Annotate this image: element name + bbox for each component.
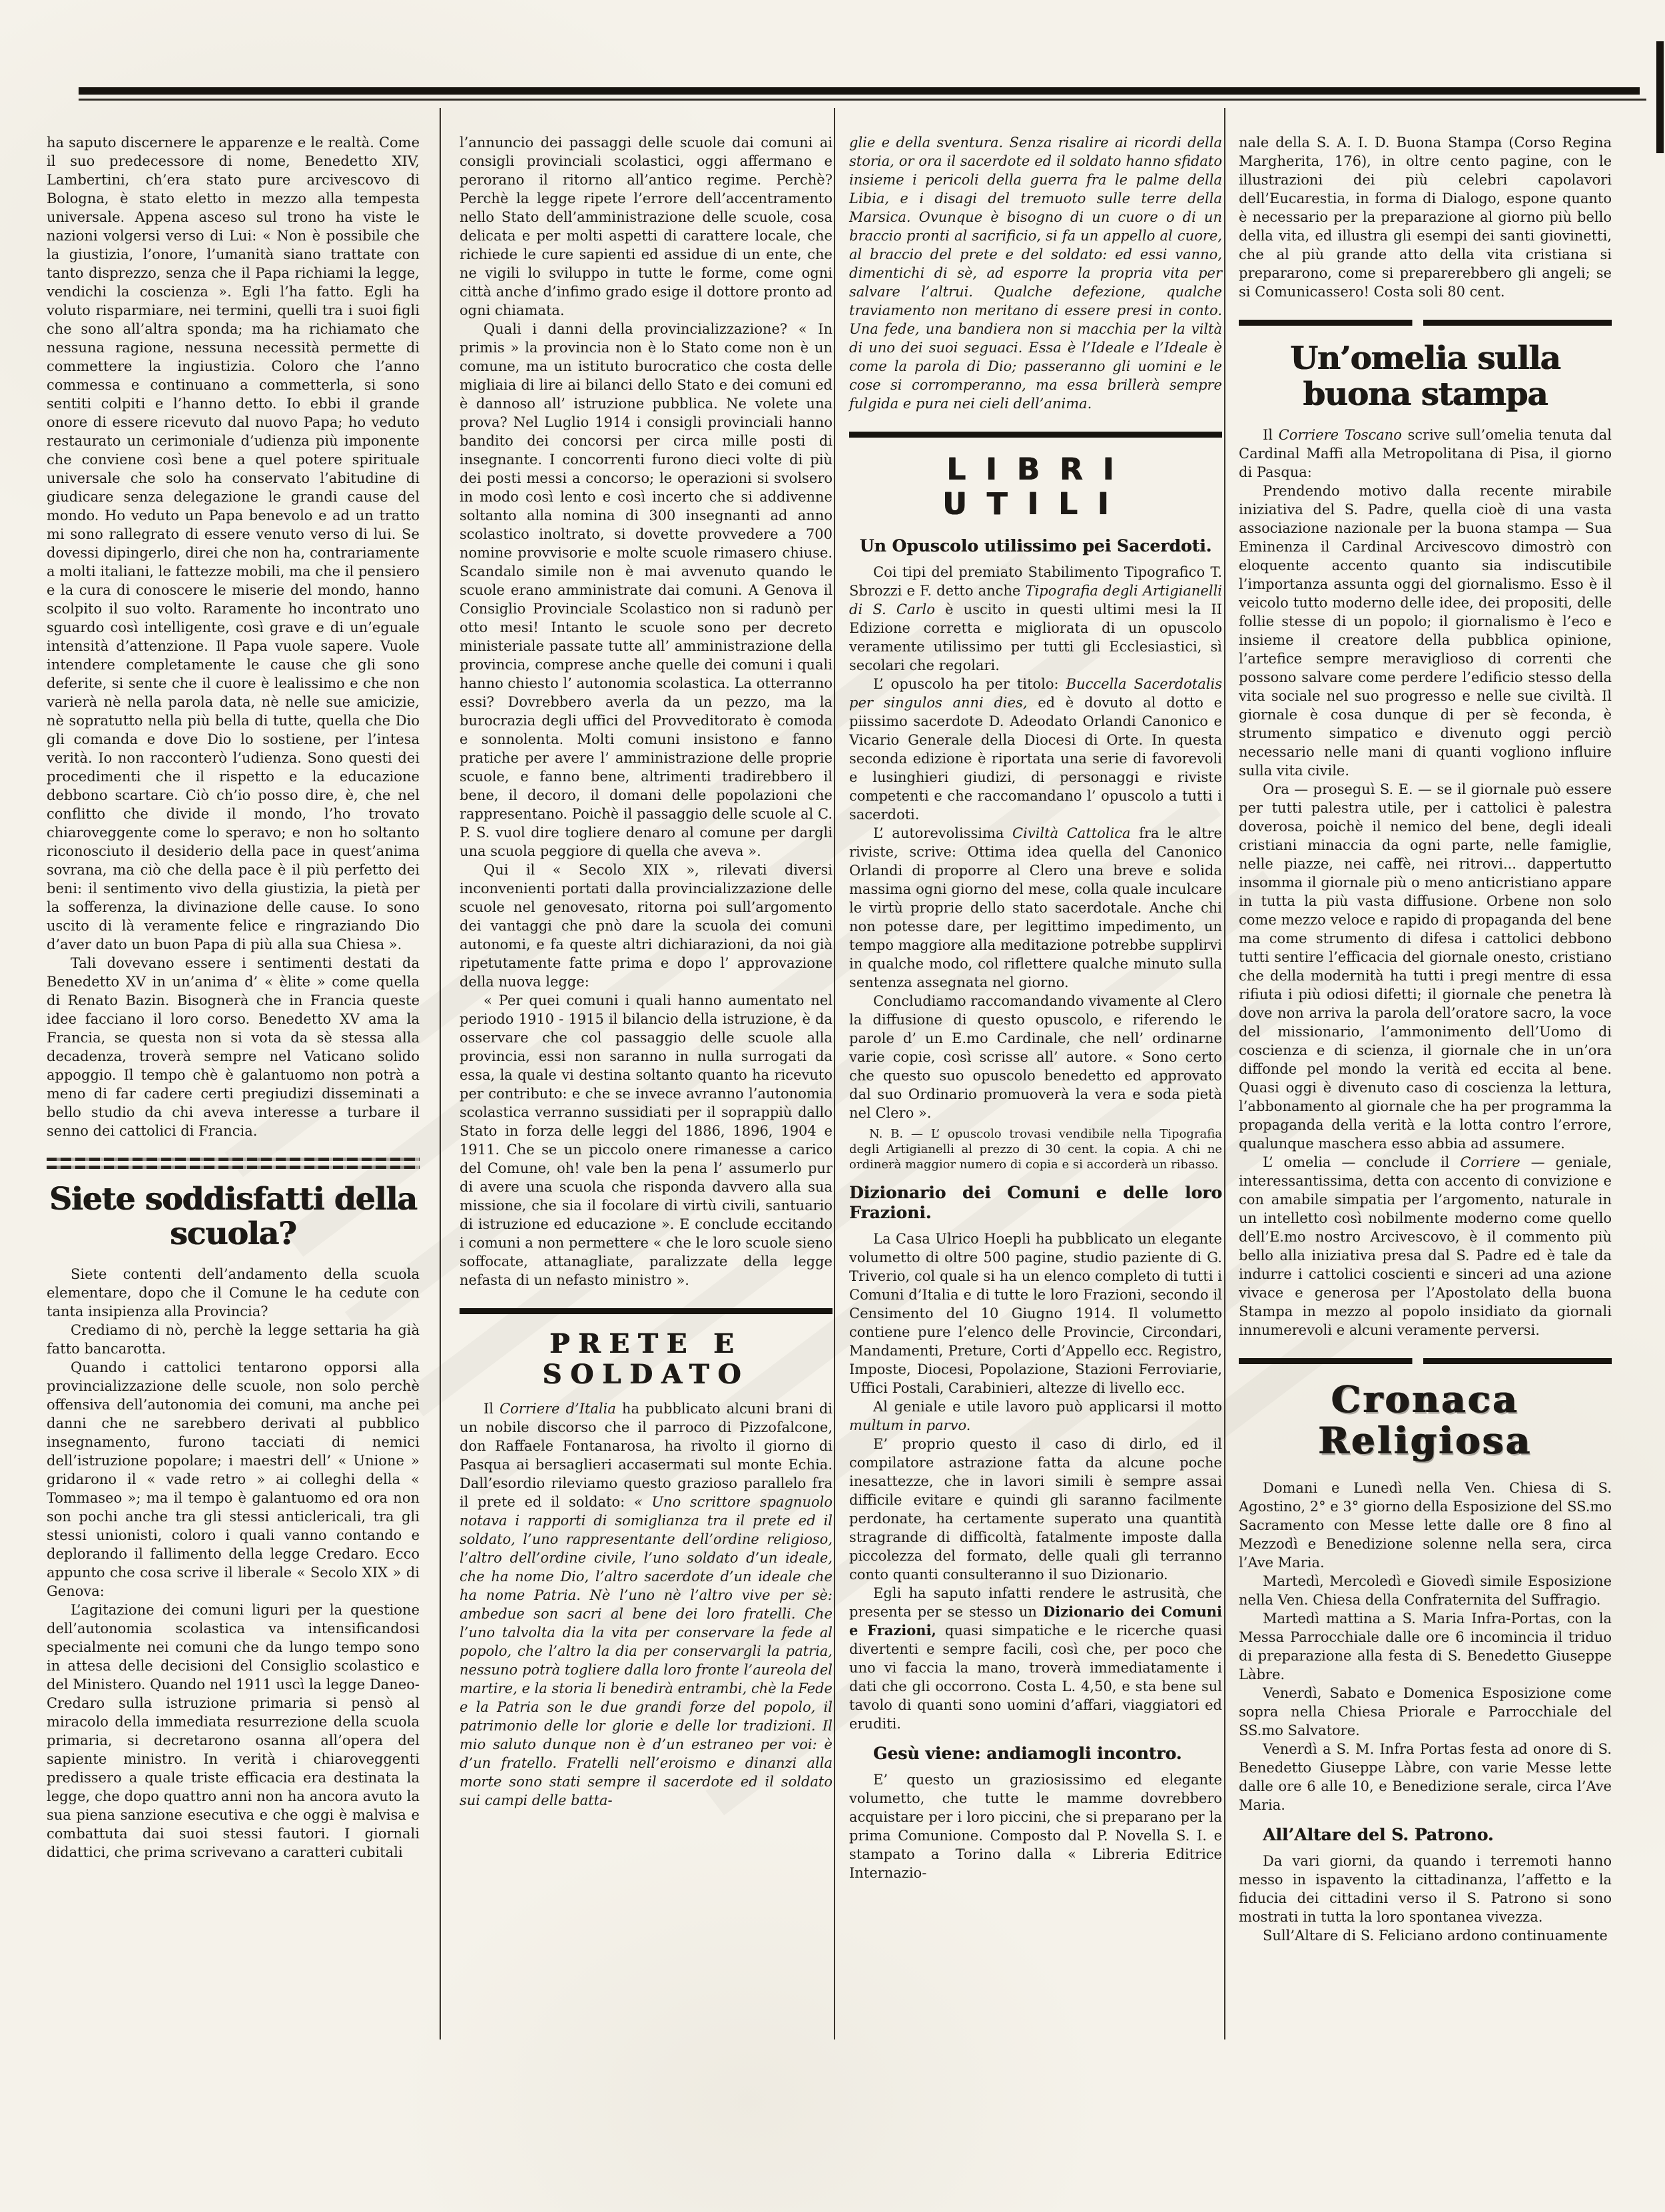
corriere-title: Corriere [1460, 1154, 1520, 1170]
text-segment: Al geniale e utile lavoro può applicarsi… [873, 1399, 1222, 1415]
scuola-paragraph: Crediamo di nò, perchè la legge settaria… [47, 1321, 420, 1358]
column-divider-3 [1224, 108, 1225, 2039]
scuola-quote-paragraph: L’agitazione dei comuni liguri per la qu… [47, 1601, 420, 1862]
sermon-quote-continuation: glie e della sventura. Senza risalire ai… [849, 133, 1222, 413]
compilatore-paragraph: E’ proprio questo il caso di dirlo, ed i… [849, 1435, 1222, 1584]
newspaper-column-4: nale della S. A. I. D. Buona Stampa (Cor… [1239, 133, 1612, 1945]
cronaca-item: Venerdì, Sabato e Domenica Esposizione c… [1239, 1684, 1612, 1740]
section-rule [1239, 1358, 1612, 1364]
conclusion-paragraph: Concludiamo raccomandando vivamente al C… [849, 992, 1222, 1122]
headline-omelia-buona-stampa: Un’omelia sulla buona stampa [1239, 340, 1612, 412]
corriere-toscano-title: Corriere Toscano [1279, 427, 1402, 443]
text-segment: L’ opuscolo ha per titolo: [873, 676, 1066, 692]
hoepli-paragraph: La Casa Ulrico Hoepli ha pubblicato un e… [849, 1230, 1222, 1397]
omelia-conclusion-paragraph: L’ omelia — conclude il Corriere — genia… [1239, 1153, 1612, 1339]
civilta-cattolica-paragraph: L’ autorevolissima Civiltà Cattolica fra… [849, 824, 1222, 992]
cronaca-item: Venerdì a S. M. Infra Portas festa ad on… [1239, 1740, 1612, 1814]
subhead-opuscolo: Un Opuscolo utilissimo pei Sacerdoti. [849, 536, 1222, 556]
cronaca-item: Martedì mattina a S. Maria Infra-Portas,… [1239, 1609, 1612, 1684]
opuscolo-title-paragraph: L’ opuscolo ha per titolo: Buccella Sace… [849, 675, 1222, 824]
gesu-viene-continuation: nale della S. A. I. D. Buona Stampa (Cor… [1239, 133, 1612, 301]
headline-prete-e-soldato: PRETE E SOLDATO [460, 1329, 832, 1390]
masthead-rule-thin [79, 99, 1646, 101]
opuscolo-paragraph: Coi tipi del premiato Stabilimento Tipog… [849, 563, 1222, 675]
cronaca-item: Martedì, Mercoledì e Giovedì simile Espo… [1239, 1572, 1612, 1609]
subhead-gesu-viene: Gesù viene: andiamogli incontro. [849, 1744, 1222, 1764]
newspaper-column-1: ha saputo discernere le apparenze e le r… [47, 133, 420, 1862]
scuola-continuation: l’annuncio dei passaggi delle scuole dai… [460, 133, 832, 320]
ornate-section-divider [47, 1158, 420, 1169]
subhead-dizionario: Dizionario dei Comuni e delle loro Frazi… [849, 1183, 1222, 1223]
cronaca-item: Domani e Lunedì nella Ven. Chiesa di S. … [1239, 1479, 1612, 1572]
gesu-viene-paragraph: E’ questo un graziosissimo ed elegante v… [849, 1770, 1222, 1882]
section-rule [849, 432, 1222, 438]
omelia-intro-paragraph: Il Corriere Toscano scrive sull’omelia t… [1239, 426, 1612, 482]
text-segment: Il [1263, 427, 1279, 443]
latin-motto: multum in parvo. [849, 1417, 970, 1433]
secolo-xix-paragraph: Qui il « Secolo XIX », rilevati diversi … [460, 861, 832, 991]
headline-libri-utili: LIBRI UTILI [849, 452, 1222, 522]
section-rule [460, 1308, 832, 1314]
scuola-danni-paragraph: Quali i danni della provincializzazione?… [460, 320, 832, 861]
motto-paragraph: Al geniale e utile lavoro può applicarsi… [849, 1397, 1222, 1435]
text-segment: fra le altre riviste, scrive: Ottima ide… [849, 825, 1222, 990]
headline-siete-soddisfatti: Siete soddisfatti della scuola? [47, 1182, 420, 1252]
text-segment: L’ autorevolissima [873, 825, 1012, 841]
subhead-altare-patrono: All’Altare del S. Patrono. [1239, 1825, 1612, 1845]
corriere-italia-title: Corriere d’Italia [499, 1401, 616, 1417]
scuola-paragraph: Quando i cattolici tentarono opporsi all… [47, 1358, 420, 1601]
column-divider-1 [440, 108, 441, 2039]
text-segment: — geniale, interessantissima, detta con … [1239, 1154, 1612, 1338]
dizionario-paragraph: Egli ha saputo infatti rendere le astrus… [849, 1584, 1222, 1733]
ornate-rule-bottom [47, 1166, 420, 1169]
newspaper-column-2: l’annuncio dei passaggi delle scuole dai… [460, 133, 832, 1810]
comuni-quote-paragraph: « Per quei comuni i quali hanno aumentat… [460, 991, 832, 1290]
text-segment: ed è dovuto al dotto e piissimo sacerdot… [849, 695, 1222, 823]
scan-edge-artifact [1656, 41, 1664, 153]
article-pope-paragraph: Tali dovevano essere i sentimenti destat… [47, 954, 420, 1140]
omelia-paragraph: Prendendo motivo dalla recente mirabile … [1239, 482, 1612, 780]
text-segment: L’ omelia — conclude il [1263, 1154, 1460, 1170]
text-segment: Il [484, 1401, 499, 1417]
headline-cronaca-religiosa: Cronaca Religiosa [1239, 1379, 1612, 1461]
column-divider-2 [834, 108, 835, 2039]
nota-bene-paragraph: N. B. — L’ opuscolo trovasi vendibile ne… [849, 1126, 1222, 1172]
scuola-paragraph: Siete contenti dell’andamento della scuo… [47, 1265, 420, 1321]
patrono-paragraph: Da vari giorni, da quando i terremoti ha… [1239, 1852, 1612, 1926]
patrono-paragraph: Sull’Altare di S. Feliciano ardono conti… [1239, 1926, 1612, 1945]
prete-soldato-paragraph: Il Corriere d’Italia ha pubblicato alcun… [460, 1399, 832, 1810]
civilta-cattolica-title: Civiltà Cattolica [1012, 825, 1130, 841]
omelia-paragraph: Ora — proseguì S. E. — se il giornale pu… [1239, 780, 1612, 1153]
ornate-rule-top [47, 1158, 420, 1161]
section-rule [1239, 320, 1612, 326]
sermon-quote-italic: « Uno scrittore spagnuolo notava i rappo… [460, 1494, 832, 1808]
article-pope-continuation: ha saputo discernere le apparenze e le r… [47, 133, 420, 954]
masthead-rule-thick [79, 87, 1640, 95]
text-segment: quasi simpatiche e le ricerche quasi div… [849, 1623, 1222, 1732]
newspaper-column-3: glie e della sventura. Senza risalire ai… [849, 133, 1222, 1882]
